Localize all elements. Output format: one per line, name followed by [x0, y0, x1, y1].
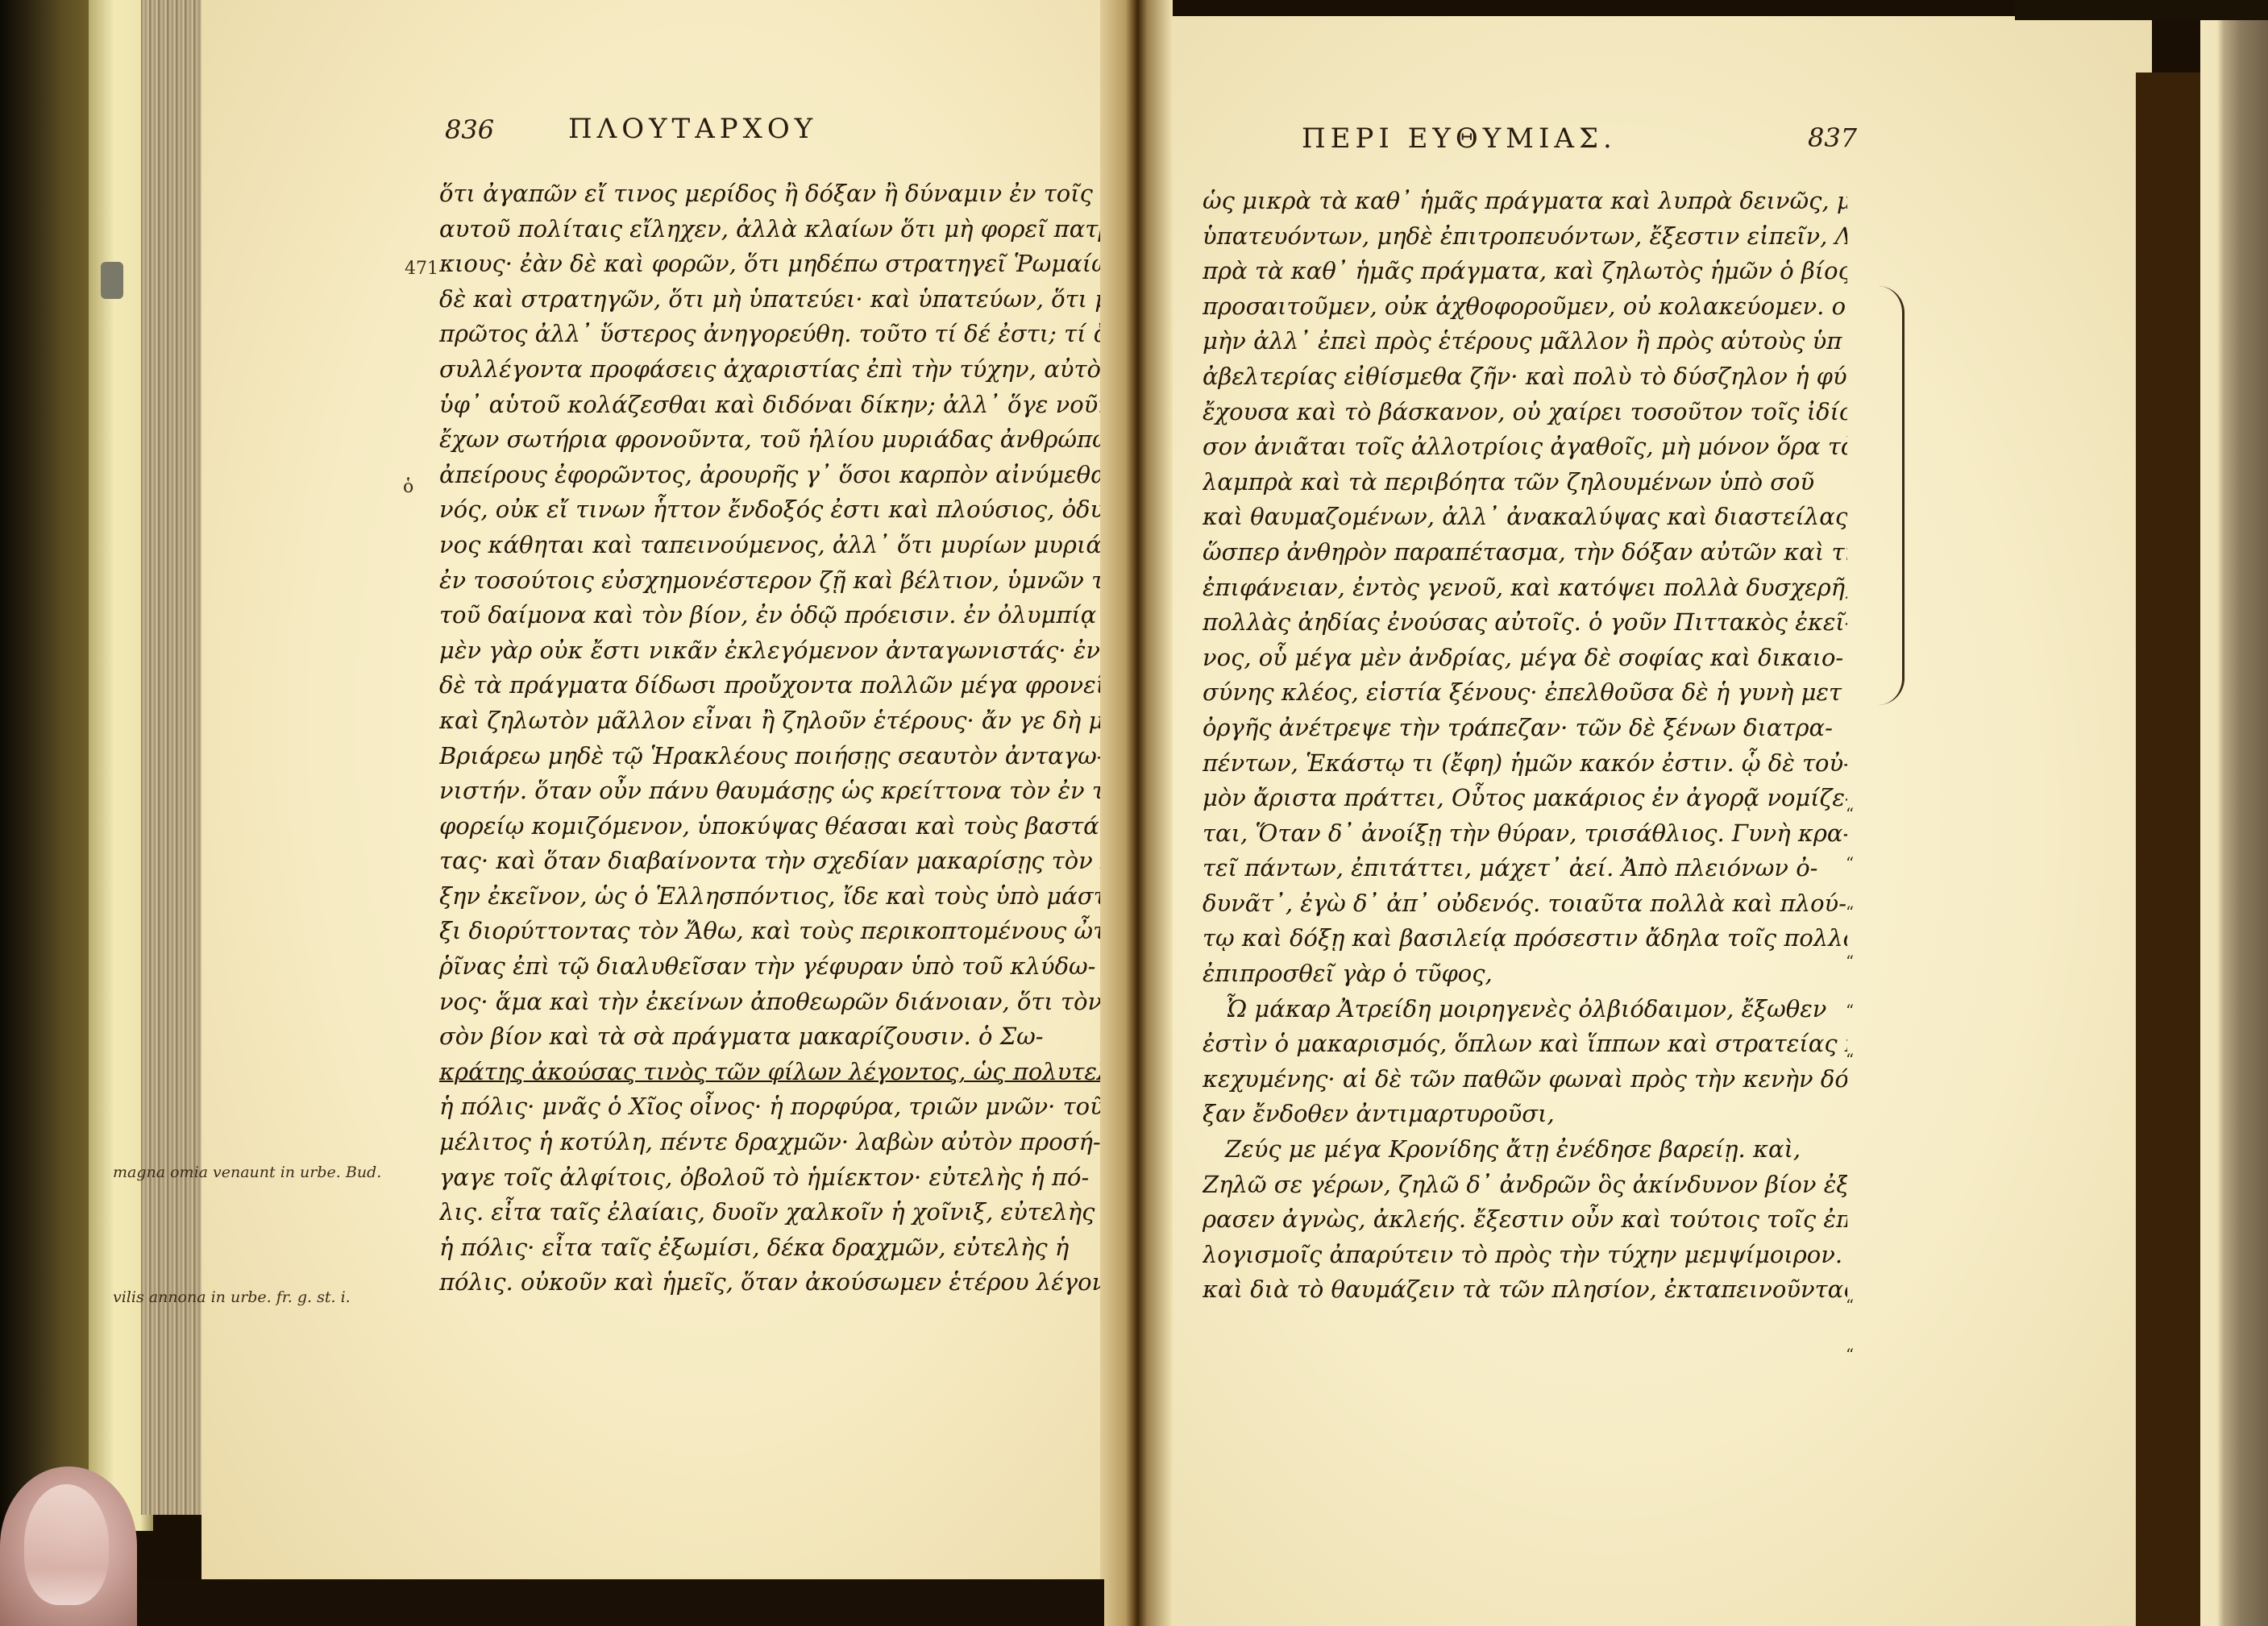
quote-mark: “ [1846, 839, 1854, 888]
text-line: συλλέγοντα προφάσεις ἀχαριστίας ἐπὶ τὴν … [439, 352, 1100, 388]
quote-mark: “ [1846, 937, 1854, 986]
verse-line: Ὦ μάκαρ Ἀτρείδη μοιρηγενὲς ὀλβιόδαιμον, … [1203, 992, 1847, 1027]
text-line: ἔχουσα καὶ τὸ βάσκανον, οὐ χαίρει τοσοῦτ… [1203, 395, 1847, 430]
quote-mark: “ [1846, 888, 1854, 937]
text-line: μέλιτος ἡ κοτύλη, πέντε δραχμῶν· λαβὼν α… [439, 1125, 1100, 1160]
text-line: μὲν γὰρ οὐκ ἔστι νικᾶν ἐκλεγόμενον ἀνταγ… [439, 633, 1100, 669]
left-page-text: ὅτι ἀγαπῶν εἴ τινος μερίδος ἢ δόξαν ἢ δύ… [439, 176, 1100, 1300]
text-line: ἡ πόλις· εἶτα ταῖς ἐξωμίσι, δέκα δραχμῶν… [439, 1230, 1100, 1266]
text-line: καὶ ζηλωτὸν μᾶλλον εἶναι ἢ ζηλοῦν ἑτέρου… [439, 703, 1100, 739]
right-edge-shadow [2136, 73, 2200, 1626]
text-line: λις. εἶτα ταῖς ἐλαίαις, δυοῖν χαλκοῖν ἡ … [439, 1195, 1100, 1230]
text-line: δὲ καὶ στρατηγῶν, ὅτι μὴ ὑπατεύει· καὶ ὑ… [439, 282, 1100, 317]
text-line: καὶ διὰ τὸ θαυμάζειν τὰ τῶν πλησίον, ἐκτ… [1203, 1272, 1847, 1308]
quote-mark: “ [1846, 1330, 1854, 1379]
page-stack-right [2200, 20, 2268, 1626]
text-line: πολλὰς ἀηδίας ἐνούσας αὐτοῖς. ὁ γοῦν Πιτ… [1203, 605, 1847, 641]
text-line: προσαιτοῦμεν, οὐκ ἀχθοφοροῦμεν, οὐ κολακ… [1203, 289, 1847, 325]
text-line: ἀπείρους ἐφορῶντος, ἀρουρῆς γ᾽ ὅσοι καρπ… [439, 458, 1100, 493]
text-line: ξι διορύττοντας τὸν Ἄθω, καὶ τοὺς περικο… [439, 914, 1100, 949]
book-gutter [1100, 0, 1173, 1626]
text-line: ὑφ᾽ αὑτοῦ κολάζεσθαι καὶ διδόναι δίκην; … [439, 388, 1100, 423]
text-line: νος κάθηται καὶ ταπεινούμενος, ἀλλ᾽ ὅτι … [439, 528, 1100, 563]
page-number-left: 836 [445, 114, 494, 145]
text-line: πρῶτος ἀλλ᾽ ὕστερος ἀνηγορεύθη. τοῦτο τί… [439, 317, 1100, 352]
thumbnail [24, 1484, 109, 1605]
text-line: ὥσπερ ἀνθηρὸν παραπέτασμα, τὴν δόξαν αὐτ… [1203, 535, 1847, 570]
text-line: τεῖ πάντων, ἐπιτάττει, μάχετ᾽ ἀεί. Ἀπὸ π… [1203, 851, 1847, 886]
text-line: νιστήν. ὅταν οὖν πάνυ θαυμάσῃς ὡς κρείττ… [439, 774, 1100, 809]
text-line: ται, Ὅταν δ᾽ ἀνοίξῃ τὴν θύραν, τρισάθλιο… [1203, 816, 1847, 852]
text-line: ὡς μικρὰ τὰ καθ᾽ ἡμᾶς πράγματα καὶ λυπρὰ… [1203, 184, 1847, 219]
text-line: ἀβελτερίας εἰθίσμεθα ζῆν· καὶ πολὺ τὸ δύ… [1203, 359, 1847, 395]
text-line: ἔχων σωτήρια φρονοῦντα, τοῦ ἡλίου μυριάδ… [439, 422, 1100, 458]
text-line: δυνᾶτ᾽, ἐγὼ δ᾽ ἀπ᾽ οὐδενός. τοιαῦτα πολλ… [1203, 886, 1847, 922]
verse-line: Ζεύς με μέγα Κρονίδης ἄτῃ ἐνέδησε βαρείῃ… [1203, 1132, 1847, 1168]
text-line: ἐπιπροσθεῖ γὰρ ὁ τῦφος, [1203, 956, 1847, 992]
text-line: ξαν ἔνδοθεν ἀντιμαρτυροῦσι, [1203, 1097, 1847, 1132]
text-line: τας· καὶ ὅταν διαβαίνοντα τὴν σχεδίαν μα… [439, 844, 1100, 879]
running-head-right: ΠΕΡΙ ΕΥΘΥΜΙΑΣ. [1302, 122, 1617, 155]
text-line: τοῦ δαίμονα καὶ τὸν βίον, ἐν ὁδῷ πρόεισι… [439, 598, 1100, 633]
text-line: νος, οὗ μέγα μὲν ἀνδρίας, μέγα δὲ σοφίας… [1203, 641, 1847, 676]
text-line: πόλις. οὐκοῦν καὶ ἡμεῖς, ὅταν ἀκούσωμεν … [439, 1265, 1100, 1300]
bottom-background [137, 1579, 1104, 1626]
text-line: φορείῳ κομιζόμενον, ὑποκύψας θέασαι καὶ … [439, 809, 1100, 844]
handwritten-brace [1878, 286, 1905, 705]
text-line: τῳ καὶ δόξῃ καὶ βασιλείᾳ πρόσεστιν ἄδηλα… [1203, 921, 1847, 956]
quote-mark: “ [1846, 1035, 1854, 1281]
text-line: καὶ θαυμαζομένων, ἀλλ᾽ ἀνακαλύψας καὶ δι… [1203, 500, 1847, 535]
text-line: πέντων, Ἑκάστῳ τι (ἔφη) ἡμῶν κακόν ἐστιν… [1203, 746, 1847, 782]
margin-quote-marks: “ “ “ “ “ “ “ “ [1846, 790, 1854, 1379]
text-line: γαγε τοῖς ἀλφίτοις, ὀβολοῦ τὸ ἡμίεκτον· … [439, 1160, 1100, 1196]
text-line: λογισμοῖς ἀπαρύτειν τὸ πρὸς τὴν τύχην με… [1203, 1238, 1847, 1273]
text-line: κεχυμένης· αἱ δὲ τῶν παθῶν φωναὶ πρὸς τὴ… [1203, 1062, 1847, 1097]
text-line: Ζηλῶ σε γέρων, ζηλῶ δ᾽ ἀνδρῶν ὃς ἀκίνδυν… [1203, 1168, 1847, 1203]
text-line: ρασεν ἀγνὼς, ἀκλεής. ἔξεστιν οὖν καὶ τού… [1203, 1202, 1847, 1238]
quote-mark: “ [1846, 790, 1854, 839]
text-line: μὸν ἄριστα πράττει, Οὗτος μακάριος ἐν ἀγ… [1203, 781, 1847, 816]
text-line: σὸν βίον καὶ τὰ σὰ πράγματα μακαρίζουσιν… [439, 1019, 1100, 1055]
text-line: ἐν τοσούτοις εὐσχημονέστερον ζῇ καὶ βέλτ… [439, 563, 1100, 599]
text-line: νός, οὐκ εἴ τινων ἧττον ἔνδοξός ἐστι καὶ… [439, 492, 1100, 528]
text-line: πρὰ τὰ καθ᾽ ἡμᾶς πράγματα, καὶ ζηλωτὸς ἡ… [1203, 254, 1847, 289]
open-book-photo: 836 ΠΛΟΥΤΑΡΧΟΥ 471 ὁ magna omia venaunt … [0, 0, 2268, 1626]
text-line: μὴν ἀλλ᾽ ἐπεὶ πρὸς ἑτέρους μᾶλλον ἢ πρὸς… [1203, 324, 1847, 359]
text-line: ἐπιφάνειαν, ἐντὸς γενοῦ, καὶ κατόψει πολ… [1203, 570, 1847, 606]
text-line: ὅτι ἀγαπῶν εἴ τινος μερίδος ἢ δόξαν ἢ δύ… [439, 176, 1100, 212]
margin-mark: ὁ [403, 477, 413, 497]
right-page-text: ὡς μικρὰ τὰ καθ᾽ ἡμᾶς πράγματα καὶ λυπρὰ… [1203, 184, 1847, 1308]
handwritten-note-1: magna omia venaunt in urbe. Bud. [113, 1160, 387, 1184]
text-line: νος· ἅμα καὶ τὴν ἐκείνων ἀποθεωρῶν διάνο… [439, 985, 1100, 1020]
text-line: ξην ἐκεῖνον, ὡς ὁ Ἑλλησπόντιος, ἴδε καὶ … [439, 879, 1100, 915]
quote-mark: “ [1846, 986, 1854, 1035]
text-line: αυτοῦ πολίταις εἴληχεν, ἀλλὰ κλαίων ὅτι … [439, 212, 1100, 247]
text-line: ὑπατευόντων, μηδὲ ἐπιτροπευόντων, ἔξεστι… [1203, 219, 1847, 255]
text-line: δὲ τὰ πράγματα δίδωσι προὔχοντα πολλῶν μ… [439, 668, 1100, 703]
margin-number: 471 [405, 259, 438, 279]
text-line: λαμπρὰ καὶ τὰ περιβόητα τῶν ζηλουμένων ὑ… [1203, 465, 1847, 500]
binding-tab [101, 262, 123, 299]
running-head-left: ΠΛΟΥΤΑΡΧΟΥ [568, 113, 817, 145]
text-line: Βριάρεω μηδὲ τῷ Ἡρακλέους ποιήσῃς σεαυτὸ… [439, 739, 1100, 774]
text-line: ἡ πόλις· μνᾶς ὁ Χῖος οἶνος· ἡ πορφύρα, τ… [439, 1089, 1100, 1125]
quote-mark: “ [1846, 1281, 1854, 1330]
text-line-underlined: κράτης ἀκούσας τινὸς τῶν φίλων λέγοντος,… [439, 1055, 1100, 1090]
text-line: ῥῖνας ἐπὶ τῷ διαλυθεῖσαν τὴν γέφυραν ὑπὸ… [439, 949, 1100, 985]
text-line: σον ἀνιᾶται τοῖς ἀλλοτρίοις ἀγαθοῖς, μὴ … [1203, 429, 1847, 465]
text-line: ἐστὶν ὁ μακαρισμός, ὅπλων καὶ ἵππων καὶ … [1203, 1027, 1847, 1062]
handwritten-note-2: vilis annona in urbe. fr. g. st. i. [113, 1285, 379, 1309]
text-line: κιους· ἐὰν δὲ καὶ φορῶν, ὅτι μηδέπω στρα… [439, 247, 1100, 282]
top-background [2015, 0, 2268, 20]
text-line: ὀργῆς ἀνέτρεψε τὴν τράπεζαν· τῶν δὲ ξένω… [1203, 711, 1847, 746]
text-line: σύνης κλέος, εἱστία ξένους· ἐπελθοῦσα δὲ… [1203, 675, 1847, 711]
page-number-right: 837 [1808, 122, 1857, 153]
